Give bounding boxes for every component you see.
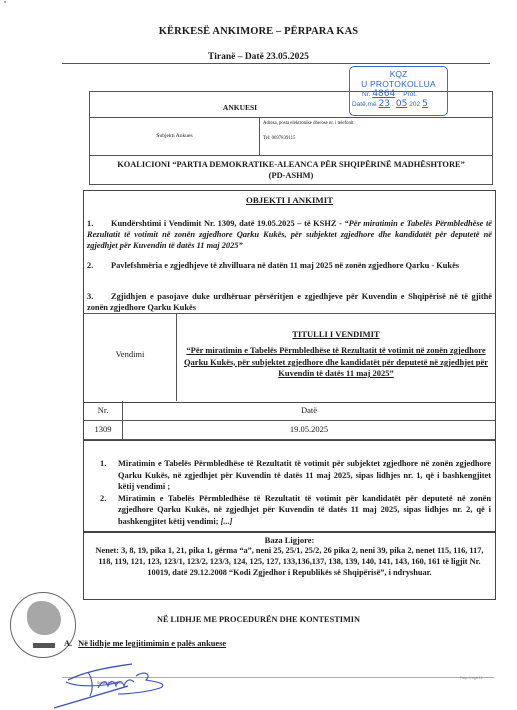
decision-number-header-row: Nr. Datë — [84, 401, 495, 421]
section-heading: NË LIDHJE ME PROCEDURËN DHE KONTESTIMIN — [0, 615, 517, 624]
subject-label-cell: Subjekti Ankues — [90, 117, 260, 156]
decision-item: 2.Miratimin e Tabelës Përmbledhëse të Re… — [100, 493, 491, 528]
document-title: KËRKESË ANKIMORE – PËRPARA KAS — [0, 26, 517, 37]
date-header: Datë — [123, 405, 495, 415]
phone-number: Tel: 0697839115 — [263, 136, 492, 141]
objekti-item-number: 3. — [87, 291, 111, 302]
stamp-date-year-prefix: 202 — [409, 101, 420, 108]
stamp-nr-value: 4864 — [370, 89, 403, 99]
objekti-item: 3.Zgjidhjen e pasojave duke urdhëruar pë… — [87, 291, 492, 313]
vendimi-title-header: TITULLI I VENDIMIT — [177, 329, 495, 339]
objekti-item: 2.Pavlefshmëria e zgjedhjeve të zhvillua… — [87, 260, 492, 271]
party-name: KOALICIONI “PARTIA DEMOKRATIKE-ALEANCA P… — [90, 156, 492, 181]
header-divider — [62, 63, 490, 64]
decision-number-row: 1309 19.05.2025 — [84, 420, 495, 440]
ankuesi-header-label: ANKUESI — [90, 103, 390, 112]
stamp-status: U PROTOKOLLUA — [350, 80, 447, 89]
objekti-item-number: 1. — [87, 218, 111, 229]
decision-item-number: 2. — [100, 493, 106, 505]
stamp-org: KQZ — [350, 70, 447, 79]
party-name-line2: (PD-ASHM) — [90, 170, 492, 181]
party-name-line1: KOALICIONI “PARTIA DEMOKRATIKE-ALEANCA P… — [90, 159, 492, 170]
vendimi-title-cell: TITULLI I VENDIMIT “Për miratimin e Tabe… — [177, 313, 495, 401]
stamp-date-day: 23 — [377, 99, 392, 109]
subsection-title: Në lidhje me legjitimimin e palës ankues… — [78, 639, 226, 648]
decision-item: 1.Miratimin e Tabelës Përmbledhëse të Re… — [100, 458, 491, 493]
objekti-item-text: Pavlefshmëria e zgjedhjeve të zhvilluara… — [111, 261, 459, 270]
subsection-letter: A. — [64, 639, 72, 648]
vendimi-label: Vendimi — [84, 349, 176, 359]
stamp-date-row: Datë,më23.052025 — [350, 100, 447, 109]
objekti-title: OBJEKTI I ANKIMIT — [84, 195, 495, 205]
date-value: 19.05.2025 — [123, 424, 495, 434]
decision-item-number: 1. — [100, 458, 106, 470]
stamp-date-label: Datë,më — [352, 101, 377, 108]
column-divider — [122, 401, 123, 440]
subsection-heading: A.Në lidhje me legjitimimin e palës anku… — [64, 639, 226, 648]
decision-item-text: Miratimin e Tabelës Përmbledhëse të Rezu… — [118, 459, 491, 491]
address-label: Adresa, posta elektronike dhe/ose nr. i … — [263, 121, 492, 126]
seal-banner — [33, 643, 55, 648]
stamp-date-month: 05 — [394, 99, 409, 109]
decision-item-text: Miratimin e Tabelës Përmbledhëse të Rezu… — [118, 494, 491, 526]
objekti-item-number: 2. — [87, 260, 111, 271]
protocol-stamp: KQZ U PROTOKOLLUA Nr.4864Prot. Datë,më23… — [349, 66, 448, 116]
decision-number-table: Nr. Datë 1309 19.05.2025 — [83, 401, 496, 441]
vendimi-title-text: “Për miratimin e Tabelës Përmbledhëse të… — [183, 345, 489, 380]
contact-cell: Adresa, posta elektronike dhe/ose nr. i … — [260, 117, 492, 156]
nr-header: Nr. — [84, 405, 122, 415]
stamp-date-year-suffix: 5 — [420, 99, 430, 109]
legal-basis-title: Baza Ligjore: — [84, 535, 495, 545]
subject-label: Subjekti Ankues — [90, 133, 259, 139]
signature-icon — [48, 662, 188, 710]
legal-basis: Baza Ligjore: Nenet: 3, 8, 19, pika 1, 2… — [83, 532, 496, 600]
vendimi-label-cell: Vendimi — [84, 313, 177, 401]
legal-basis-text: Nenet: 3, 8, 19, pika 1, 21, pika 1, gër… — [88, 545, 491, 578]
stamp-number-row: Nr.4864Prot. — [350, 90, 447, 99]
party-seal — [10, 592, 76, 658]
stamp-prot-label: Prot. — [403, 91, 417, 98]
scan-artifact — [4, 1, 6, 3]
objekti-item: 1.Kundërshtimi i Vendimit Nr. 1309, datë… — [87, 218, 492, 251]
objekti-item-text: Kundërshtimi i Vendimit Nr. 1309, datë 1… — [111, 219, 344, 228]
decision-list: 1.Miratimin e Tabelës Përmbledhëse të Re… — [100, 458, 491, 527]
decision-content: 1.Miratimin e Tabelës Përmbledhëse të Re… — [83, 440, 496, 532]
decision-item-ellipsis: [...] — [221, 517, 233, 526]
objekti-item-text: Zgjidhjen e pasojave duke urdhëruar përs… — [87, 292, 492, 312]
document-subtitle: Tiranë – Datë 23.05.2025 — [0, 52, 517, 62]
nr-value: 1309 — [84, 424, 122, 434]
page-number: Faqe 1 nga 12 — [460, 676, 483, 680]
objekti-section: OBJEKTI I ANKIMIT 1.Kundërshtimi i Vendi… — [83, 190, 496, 403]
